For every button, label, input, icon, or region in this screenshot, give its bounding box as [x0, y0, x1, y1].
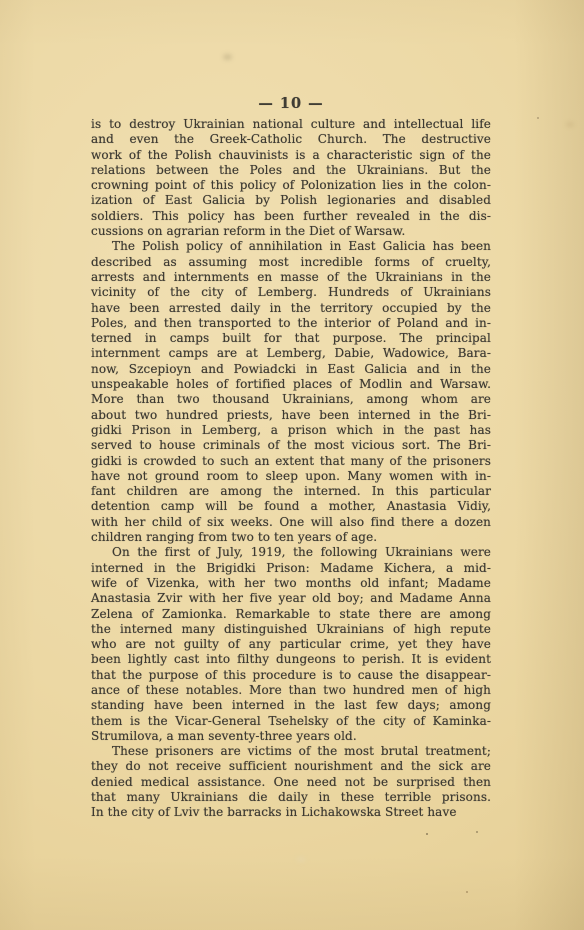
scanned-book-page: — 10 — is to destroy Ukrainian national …	[0, 0, 584, 930]
text-line: Anastasia Zvir with her five year old bo…	[91, 591, 491, 606]
text-line: described as assuming most incredible fo…	[91, 255, 491, 270]
text-line: now, Szcepioyn and Powiadcki in East Gal…	[91, 362, 491, 377]
scan-speck	[537, 117, 539, 119]
text-line: served to house criminals of the most vi…	[91, 438, 491, 453]
text-line: and even the Greek-Catholic Church. The …	[91, 132, 491, 147]
scan-speck	[466, 891, 468, 893]
text-line: arrests and internments en masse of the …	[91, 270, 491, 285]
text-line: ance of these notables. More than two hu…	[91, 683, 491, 698]
scan-speck	[476, 831, 478, 833]
text-line: been lightly cast into filthy dungeons t…	[91, 652, 491, 667]
text-line: that the purpose of this procedure is to…	[91, 668, 491, 683]
text-line: soldiers. This policy has been further r…	[91, 209, 491, 224]
text-line: have not ground room to sleep upon. Many…	[91, 469, 491, 484]
scan-smudge	[566, 122, 574, 127]
paragraph: is to destroy Ukrainian national culture…	[91, 117, 491, 239]
text-line: is to destroy Ukrainian national culture…	[91, 117, 491, 132]
paragraph: The Polish policy of annihilation in Eas…	[91, 239, 491, 545]
scan-smudge	[223, 54, 232, 60]
text-line: cussions on agrarian reform in the Diet …	[91, 224, 491, 239]
text-line: On the first of July, 1919, the followin…	[91, 545, 491, 560]
text-line: gidki Prison in Lemberg, a prison which …	[91, 423, 491, 438]
text-line: crowning point of this policy of Poloniz…	[91, 178, 491, 193]
text-line: have been arrested daily in the territor…	[91, 301, 491, 316]
text-line: they do not receive sufficient nourishme…	[91, 759, 491, 774]
text-line: who are not guilty of any particular cri…	[91, 637, 491, 652]
text-line: wife of Vizenka, with her two months old…	[91, 576, 491, 591]
text-line: unspeakable holes of fortified places of…	[91, 377, 491, 392]
text-line: with her child of six weeks. One will al…	[91, 515, 491, 530]
scan-speck	[426, 833, 428, 835]
text-line: standing have been interned in the last …	[91, 698, 491, 713]
text-line: gidki is crowded to such an extent that …	[91, 454, 491, 469]
text-line: terned in camps built for that purpose. …	[91, 331, 491, 346]
paragraph: On the first of July, 1919, the followin…	[91, 545, 491, 744]
text-line: internment camps are at Lemberg, Dabie, …	[91, 346, 491, 361]
text-line: denied medical assistance. One need not …	[91, 775, 491, 790]
text-line: Zelena of Zamionka. Remarkable to state …	[91, 607, 491, 622]
text-line: These prisoners are victims of the most …	[91, 744, 491, 759]
text-line: that many Ukrainians die daily in these …	[91, 790, 491, 805]
scan-smudge	[296, 857, 306, 862]
text-line: Poles, and then transported to the inter…	[91, 316, 491, 331]
text-line: the interned many distinguished Ukrainia…	[91, 622, 491, 637]
text-line: about two hundred priests, have been int…	[91, 408, 491, 423]
text-line: In the city of Lviv the barracks in Lich…	[91, 805, 491, 820]
paragraph: These prisoners are victims of the most …	[91, 744, 491, 820]
text-line: them is the Vicar-General Tsehelsky of t…	[91, 714, 491, 729]
text-line: interned in the Brigidki Prison: Madame …	[91, 561, 491, 576]
text-line: vicinity of the city of Lemberg. Hundred…	[91, 285, 491, 300]
text-line: More than two thousand Ukrainians, among…	[91, 392, 491, 407]
page-text: is to destroy Ukrainian national culture…	[91, 117, 491, 821]
text-line: The Polish policy of annihilation in Eas…	[91, 239, 491, 254]
text-line: work of the Polish chauvinists is a char…	[91, 148, 491, 163]
text-line: fant children are among the interned. In…	[91, 484, 491, 499]
text-line: ization of East Galicia by Polish legion…	[91, 193, 491, 208]
page-number: — 10 —	[91, 95, 491, 112]
text-line: Strumilova, a man seventy-three years ol…	[91, 729, 491, 744]
text-line: children ranging from two to ten years o…	[91, 530, 491, 545]
text-line: detention camp will be found a mother, A…	[91, 499, 491, 514]
text-line: relations between the Poles and the Ukra…	[91, 163, 491, 178]
